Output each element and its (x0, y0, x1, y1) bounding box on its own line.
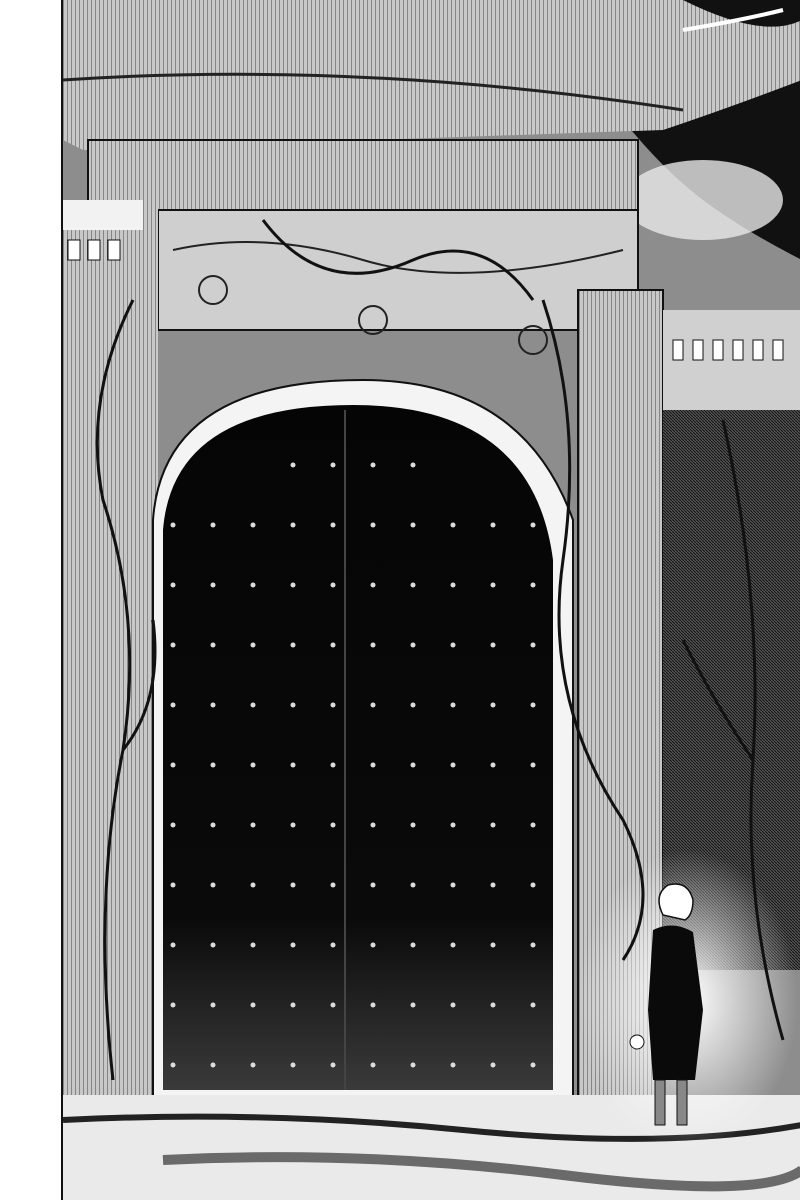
gate-doors (163, 405, 553, 1090)
left-pillar (63, 200, 158, 1100)
page-margin (0, 0, 61, 1200)
illustration-panel (61, 0, 800, 1200)
gate-illustration (63, 0, 800, 1200)
lintel-beam (88, 140, 638, 210)
figure-body (648, 925, 703, 1080)
figure-hair (659, 884, 693, 920)
carved-frieze (158, 210, 638, 330)
